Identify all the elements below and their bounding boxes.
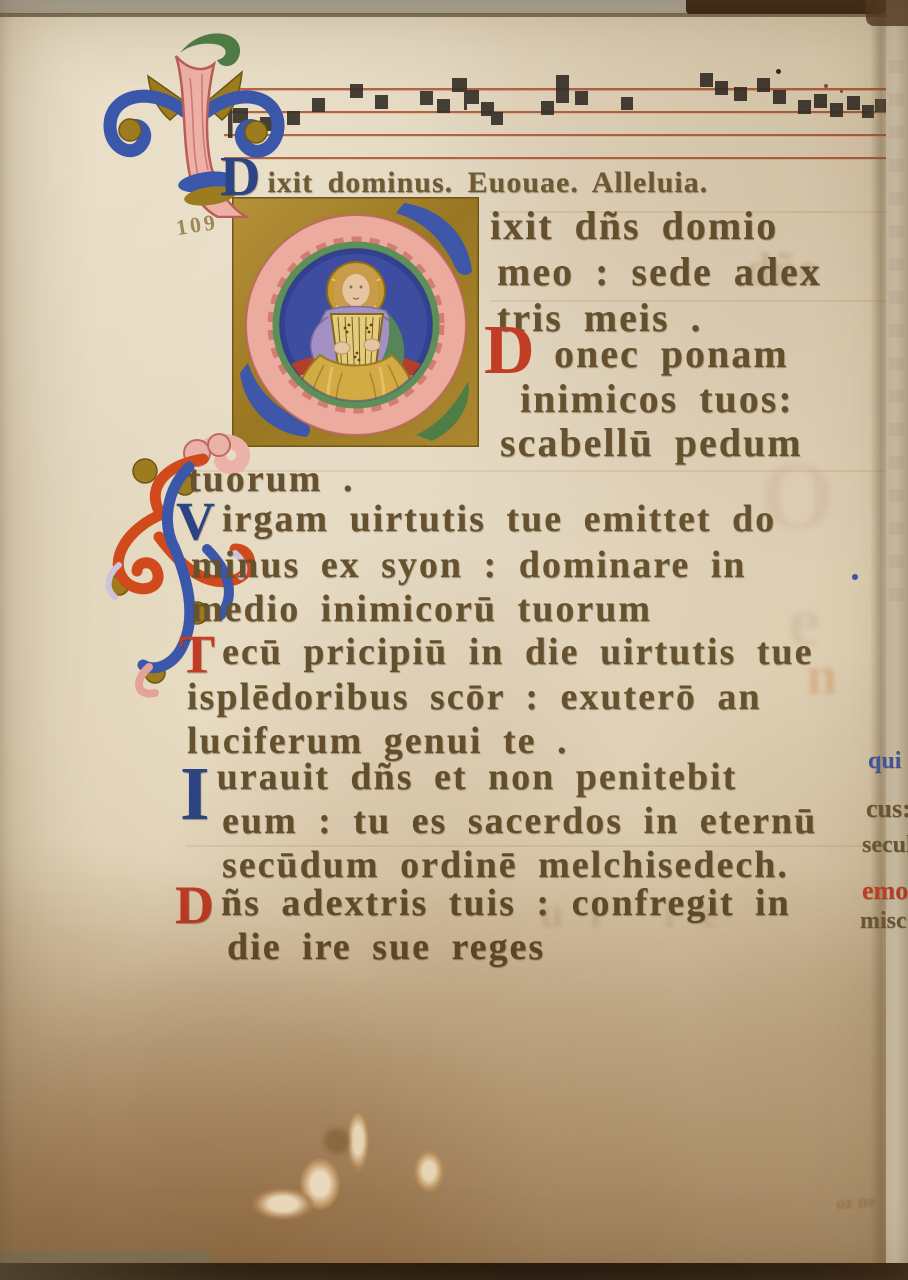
psalm-text: ecū pricipiū in die uirtutis tue [222, 631, 813, 673]
neumes [228, 73, 887, 138]
psalm-line: Tecū pricipiū in die uirtutis tue [179, 630, 813, 674]
damage-spot [414, 1150, 444, 1192]
book-bottom-edge [0, 1263, 908, 1280]
versal-initial-d: D [220, 154, 262, 200]
initial-d-miniature [232, 197, 479, 447]
damage-spot [346, 1108, 370, 1172]
green-curl [180, 33, 240, 66]
edge-fragment: misc [860, 908, 907, 935]
edge-fragment: qui [868, 748, 901, 775]
psalm-line: eum : tu es sacerdos in eternū [222, 799, 817, 843]
page-fold-shadow [870, 0, 887, 1280]
binding-corner [866, 0, 908, 26]
psalm-line: die ire sue reges [227, 925, 545, 969]
edge-fragments: qui cus: secul emo misc [860, 698, 908, 968]
psalm-line: meo : sede adex [497, 249, 822, 295]
blue-curl [206, 97, 278, 151]
damage-spot [324, 1128, 350, 1154]
folio-number: 109 [174, 209, 220, 241]
edge-fragment: emo [862, 876, 908, 906]
psalm-line: scabellū pedum [500, 420, 803, 466]
rubric-line: D ixit dominus. Euouae. Alleluia. [220, 154, 708, 200]
orange-curl [118, 513, 165, 589]
edge-fragment: secul [862, 832, 908, 859]
psalm-line: onec ponam [554, 331, 789, 377]
gold-ball [133, 459, 157, 483]
versal-initial-d: D [175, 875, 216, 935]
versal-initial-v: V [176, 491, 217, 551]
psalm-line: isplēdoribus scōr : exuterō an [187, 675, 762, 719]
psalm-line: minus ex syon : dominare in [191, 543, 746, 587]
manuscript-photo: dñe O e n ui īe oz ne [0, 0, 908, 1280]
psalm-text: ñs adextris tuis : confregit in [221, 882, 791, 924]
psalm-line: Dñs adextris tuis : confregit in [175, 881, 791, 925]
ink-speck [852, 574, 858, 580]
binding-dark-edge [686, 0, 886, 14]
psalm-text: urauit dñs et non penitebit [217, 756, 738, 798]
next-page-show-through [889, 60, 904, 620]
psalm-text: irgam uirtutis tue emittet do [222, 498, 776, 540]
psalm-line: inimicos tuos: [520, 376, 794, 422]
gold-ball [245, 121, 267, 143]
psalm-line: ixit dñs domio [490, 203, 778, 249]
damage-spot [300, 1158, 340, 1210]
psalm-line: medio inimicorū tuorum [191, 587, 652, 631]
damage-spot [252, 1188, 314, 1220]
versal-initial-d: D [484, 322, 535, 380]
psalm-line: Virgam uirtutis tue emittet do [176, 497, 776, 541]
versal-initial-i: I [180, 752, 212, 836]
gold-ball [119, 119, 141, 141]
rubric-text: ixit dominus. Euouae. Alleluia. [267, 154, 708, 200]
edge-fragment: cus: [866, 794, 908, 824]
